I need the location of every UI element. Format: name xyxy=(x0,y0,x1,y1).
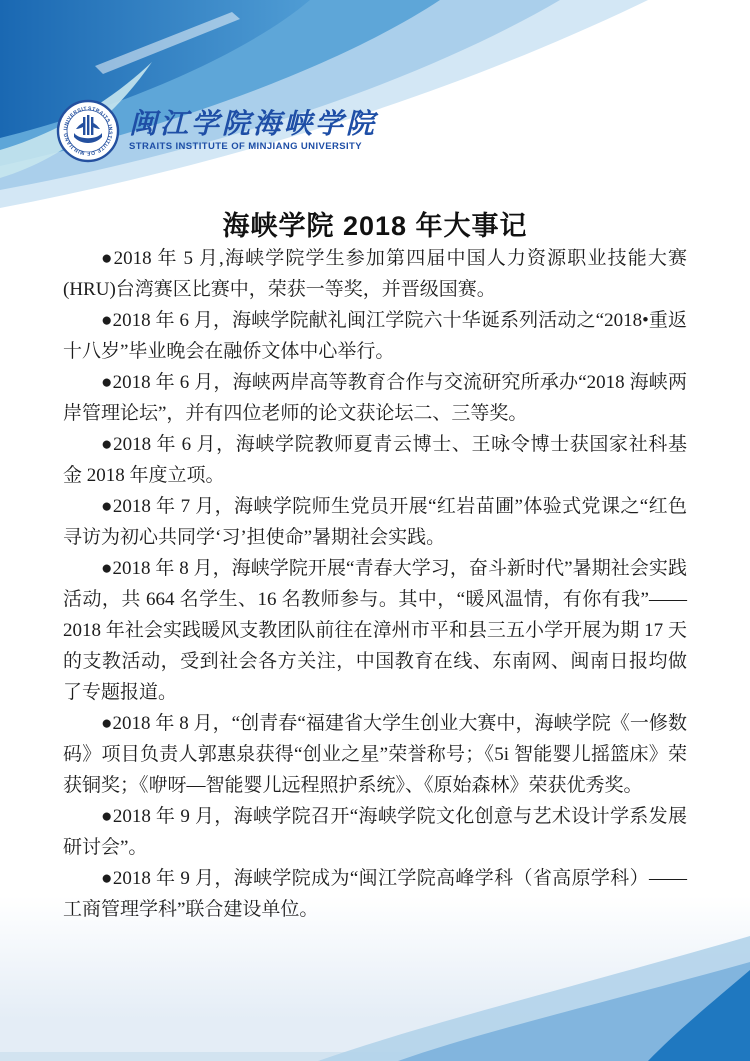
events-list: ●2018 年 5 月,海峡学院学生参加第四届中国人力资源职业技能大赛(HRU)… xyxy=(63,243,687,925)
event-paragraph: ●2018 年 7 月，海峡学院师生党员开展“红岩苗圃”体验式党课之“红色寻访为… xyxy=(63,491,687,553)
university-seal-icon: STRAITS INSTITUTE OF MINJIANG UNIVERSITY xyxy=(56,99,120,163)
logo-text-block: 闽江学院海峡学院 STRAITS INSTITUTE OF MINJIANG U… xyxy=(129,110,377,153)
event-paragraph: ●2018 年 6 月，海峡学院教师夏青云博士、王咏令博士获国家社科基金 201… xyxy=(63,429,687,491)
event-paragraph: ●2018 年 5 月,海峡学院学生参加第四届中国人力资源职业技能大赛(HRU)… xyxy=(63,243,687,305)
university-logo: STRAITS INSTITUTE OF MINJIANG UNIVERSITY… xyxy=(56,99,377,163)
event-paragraph: ●2018 年 8 月，“创青春“福建省大学生创业大赛中，海峡学院《一修数码》项… xyxy=(63,708,687,801)
page-title: 海峡学院 2018 年大事记 xyxy=(0,204,750,243)
university-name-cn: 闽江学院海峡学院 xyxy=(129,110,377,140)
event-paragraph: ●2018 年 6 月，海峡学院献礼闽江学院六十华诞系列活动之“2018•重返十… xyxy=(63,305,687,367)
university-name-en: STRAITS INSTITUTE OF MINJIANG UNIVERSITY xyxy=(129,140,377,153)
event-paragraph: ●2018 年 9 月，海峡学院成为“闽江学院高峰学科（省高原学科）——工商管理… xyxy=(63,863,687,925)
event-paragraph: ●2018 年 6 月，海峡两岸高等教育合作与交流研究所承办“2018 海峡两岸… xyxy=(63,367,687,429)
event-paragraph: ●2018 年 8 月，海峡学院开展“青春大学习，奋斗新时代”暑期社会实践活动，… xyxy=(63,553,687,708)
event-paragraph: ●2018 年 9 月，海峡学院召开“海峡学院文化创意与艺术设计学系发展研讨会”… xyxy=(63,801,687,863)
